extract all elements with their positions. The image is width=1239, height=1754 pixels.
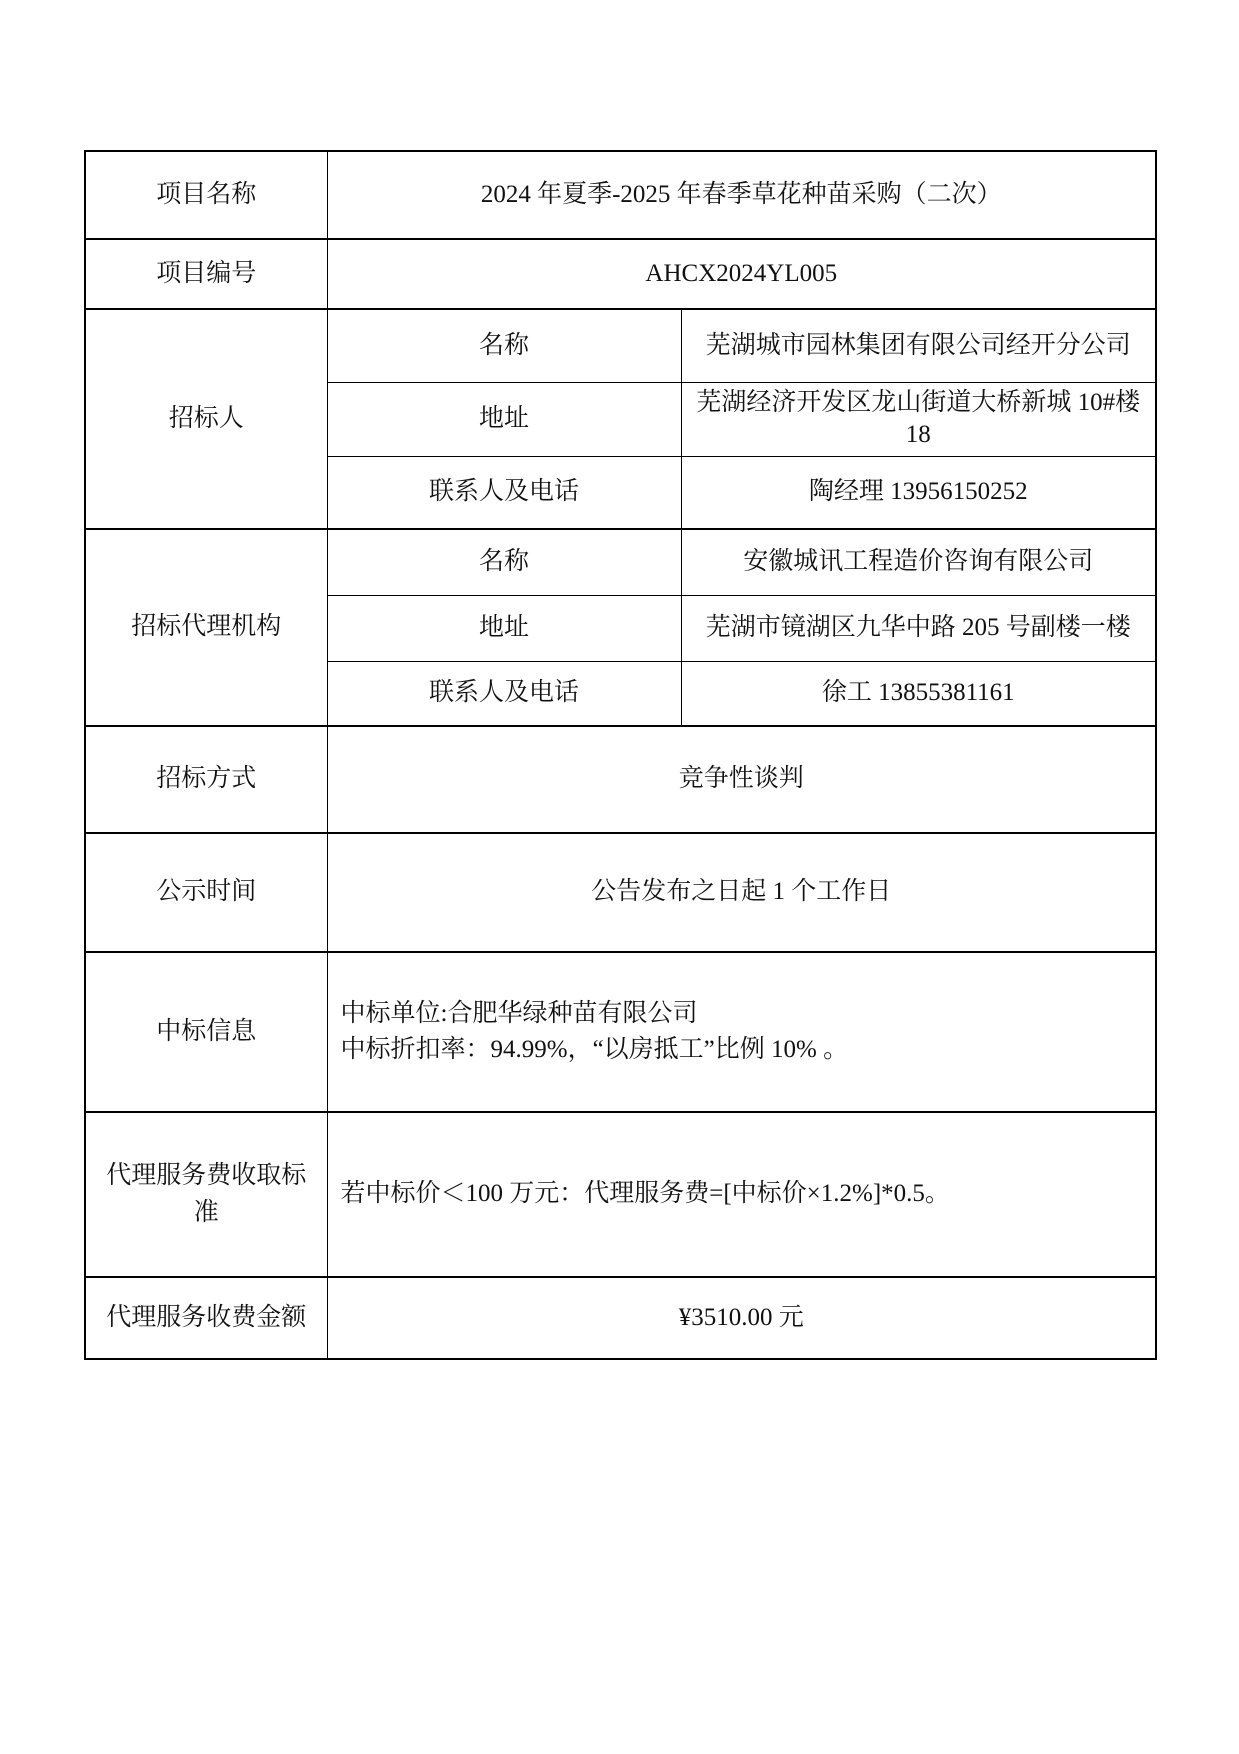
agency-contact-value: 徐工 13855381161 [681,661,1156,726]
award-info-line1: 中标单位:合肥华绿种苗有限公司 [341,996,1144,1032]
tenderer-name-value: 芜湖城市园林集团有限公司经开分公司 [681,309,1156,382]
agency-name-label: 名称 [327,529,681,595]
agency-fee-amount-label: 代理服务收费金额 [85,1277,327,1359]
award-info-label: 中标信息 [85,952,327,1112]
row-method: 招标方式 竞争性谈判 [85,726,1156,833]
tenderer-address-value: 芜湖经济开发区龙山街道大桥新城 10#楼 18 [681,382,1156,456]
document-page: 项目名称 2024 年夏季-2025 年春季草花种苗采购（二次） 项目编号 AH… [0,0,1239,1754]
row-tenderer-name: 招标人 名称 芜湖城市园林集团有限公司经开分公司 [85,309,1156,382]
agency-fee-standard-value: 若中标价＜100 万元：代理服务费=[中标价×1.2%]*0.5。 [327,1112,1156,1277]
publicity-period-label: 公示时间 [85,833,327,952]
agency-label: 招标代理机构 [85,529,327,726]
method-value: 竞争性谈判 [327,726,1156,833]
method-label: 招标方式 [85,726,327,833]
project-name-value: 2024 年夏季-2025 年春季草花种苗采购（二次） [327,151,1156,239]
tenderer-address-label: 地址 [327,382,681,456]
row-agency-name: 招标代理机构 名称 安徽城讯工程造价咨询有限公司 [85,529,1156,595]
agency-name-value: 安徽城讯工程造价咨询有限公司 [681,529,1156,595]
project-number-value: AHCX2024YL005 [327,239,1156,309]
project-number-label: 项目编号 [85,239,327,309]
row-project-number: 项目编号 AHCX2024YL005 [85,239,1156,309]
tenderer-address-line1: 芜湖经济开发区龙山街道大桥新城 10#楼 [694,387,1144,420]
agency-contact-label: 联系人及电话 [327,661,681,726]
tenderer-address-line2: 18 [694,419,1144,452]
agency-address-label: 地址 [327,595,681,661]
tenderer-contact-value: 陶经理 13956150252 [681,456,1156,529]
agency-fee-standard-label: 代理服务费收取标准 [85,1112,327,1277]
row-agency-fee-amount: 代理服务收费金额 ¥3510.00 元 [85,1277,1156,1359]
project-name-label: 项目名称 [85,151,327,239]
row-publicity-period: 公示时间 公告发布之日起 1 个工作日 [85,833,1156,952]
award-info-line2: 中标折扣率：94.99%，“以房抵工”比例 10% 。 [341,1032,1144,1068]
row-agency-fee-standard: 代理服务费收取标准 若中标价＜100 万元：代理服务费=[中标价×1.2%]*0… [85,1112,1156,1277]
row-award-info: 中标信息 中标单位:合肥华绿种苗有限公司 中标折扣率：94.99%，“以房抵工”… [85,952,1156,1112]
tender-result-table: 项目名称 2024 年夏季-2025 年春季草花种苗采购（二次） 项目编号 AH… [84,150,1157,1360]
publicity-period-value: 公告发布之日起 1 个工作日 [327,833,1156,952]
agency-address-value: 芜湖市镜湖区九华中路 205 号副楼一楼 [681,595,1156,661]
tenderer-name-label: 名称 [327,309,681,382]
tenderer-label: 招标人 [85,309,327,529]
agency-fee-amount-value: ¥3510.00 元 [327,1277,1156,1359]
tenderer-contact-label: 联系人及电话 [327,456,681,529]
award-info-value: 中标单位:合肥华绿种苗有限公司 中标折扣率：94.99%，“以房抵工”比例 10… [327,952,1156,1112]
row-project-name: 项目名称 2024 年夏季-2025 年春季草花种苗采购（二次） [85,151,1156,239]
